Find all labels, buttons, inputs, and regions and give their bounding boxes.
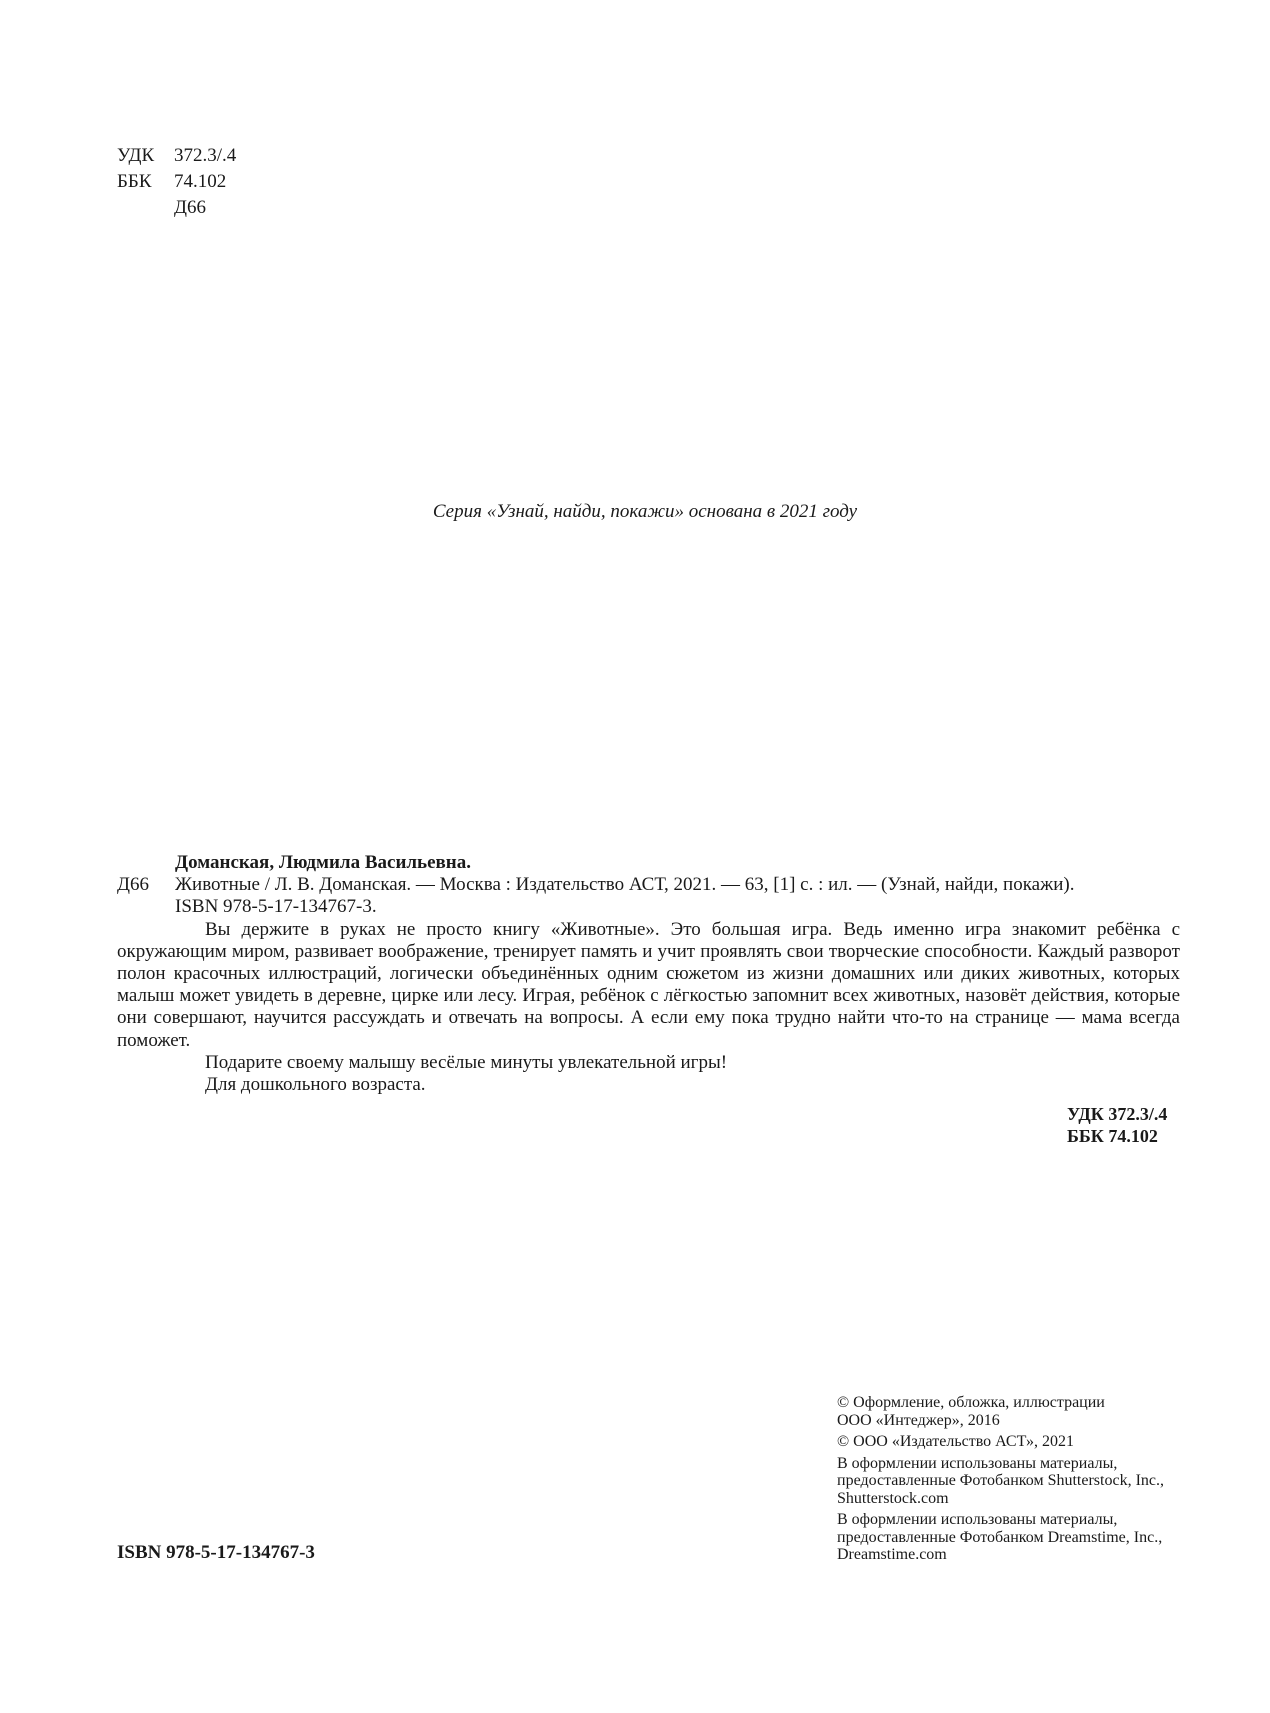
classification-codes: УДК 372.3/.4 ББК 74.102 Д66	[117, 143, 236, 221]
series-note-text: Серия «Узнай, найди, покажи» основана в …	[433, 501, 857, 522]
card-author-mark: Д66	[117, 874, 175, 896]
card-author: Доманская, Людмила Васильевна.	[117, 852, 1180, 874]
dreamstime-line3: Dreamstime.com	[837, 1546, 1197, 1564]
copyright-design-line1: © Оформление, обложка, иллюстрации	[837, 1394, 1197, 1412]
udk-label: УДК	[117, 143, 174, 169]
card-udk: УДК 372.3/.4	[1067, 1103, 1167, 1125]
bbk-value: 74.102	[174, 169, 226, 195]
bbk-row: ББК 74.102	[117, 169, 236, 195]
dreamstime-line1: В оформлении использованы материалы,	[837, 1511, 1197, 1529]
udk-row: УДК 372.3/.4	[117, 143, 236, 169]
shutterstock-line2: предоставленные Фотобанком Shutterstock,…	[837, 1472, 1197, 1490]
card-isbn: ISBN 978-5-17-134767-3.	[117, 896, 1180, 918]
series-note: Серия «Узнай, найди, покажи» основана в …	[0, 499, 1270, 525]
card-bibliographic-line: Животные / Л. В. Доманская. — Москва : И…	[175, 874, 1074, 896]
dreamstime-line2: предоставленные Фотобанком Dreamstime, I…	[837, 1529, 1197, 1547]
bbk-label: ББК	[117, 169, 174, 195]
card-age-line: Для дошкольного возраста.	[117, 1074, 1180, 1096]
dreamstime-credit: В оформлении использованы материалы, пре…	[837, 1511, 1197, 1564]
author-mark: Д66	[174, 195, 206, 221]
shutterstock-credit: В оформлении использованы материалы, пре…	[837, 1455, 1197, 1508]
copyright-publisher: © ООО «Издательство АСТ», 2021	[837, 1433, 1197, 1451]
card-gift-line: Подарите своему малышу весёлые минуты ув…	[117, 1052, 1180, 1074]
shutterstock-line3: Shutterstock.com	[837, 1490, 1197, 1508]
copyright-design-line2: ООО «Интеджер», 2016	[837, 1412, 1197, 1430]
card-annotation: Вы держите в руках не просто книгу «Живо…	[117, 919, 1180, 1052]
catalog-card: Доманская, Людмила Васильевна. Д66 Живот…	[117, 852, 1180, 1096]
card-bbk: ББК 74.102	[1067, 1125, 1167, 1147]
card-bibliographic-row: Д66 Животные / Л. В. Доманская. — Москва…	[117, 874, 1180, 896]
author-mark-row: Д66	[117, 195, 236, 221]
card-codes: УДК 372.3/.4 ББК 74.102	[1067, 1103, 1167, 1147]
shutterstock-line1: В оформлении использованы материалы,	[837, 1455, 1197, 1473]
udk-value: 372.3/.4	[174, 143, 236, 169]
isbn-footer: ISBN 978-5-17-134767-3	[117, 1541, 315, 1565]
copyright-block: © Оформление, обложка, иллюстрации ООО «…	[837, 1394, 1197, 1568]
copyright-design: © Оформление, обложка, иллюстрации ООО «…	[837, 1394, 1197, 1429]
